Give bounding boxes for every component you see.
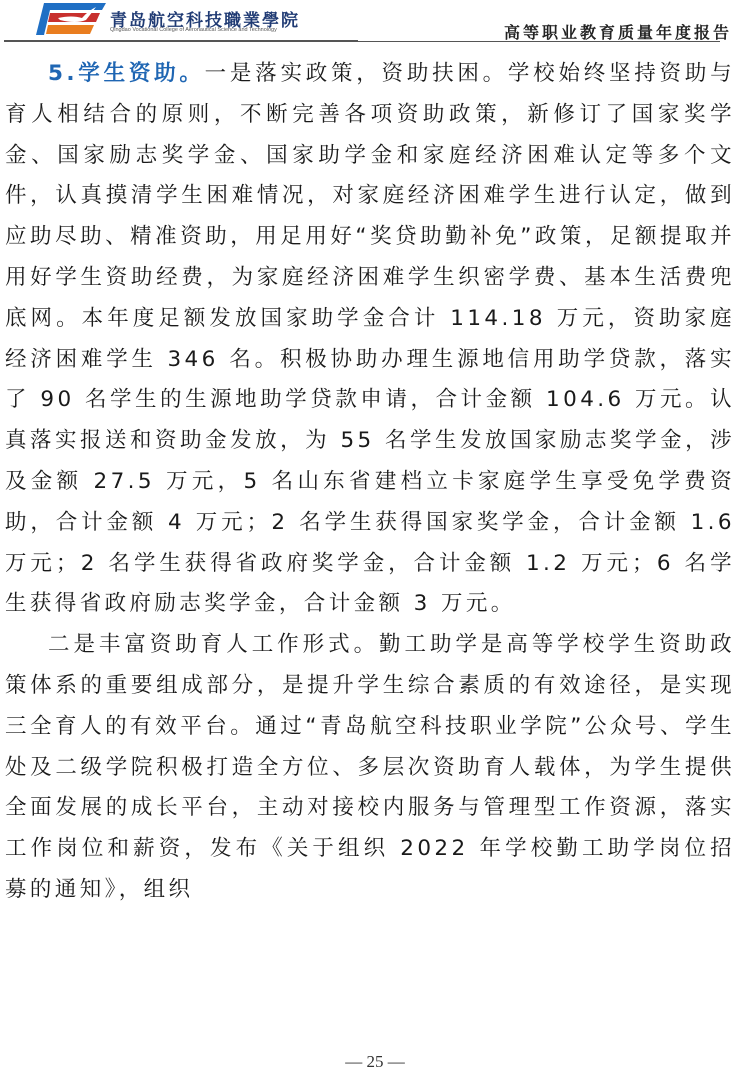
paragraph-student-aid: 5.学生资助。一是落实政策，资助扶困。学校始终坚持资助与育人相结合的原则，不断完…: [5, 54, 735, 625]
paragraph-work-study: 二是丰富资助育人工作形式。勤工助学是高等学校学生资助政策体系的重要组成部分，是提…: [5, 625, 735, 911]
document-body: 5.学生资助。一是落实政策，资助扶困。学校始终坚持资助与育人相结合的原则，不断完…: [5, 54, 735, 911]
school-name-en: Qingdao Vocational College of Aeronautic…: [110, 27, 277, 33]
header-divider-right: [358, 41, 720, 42]
page-number: — 25 —: [0, 1052, 750, 1072]
section-heading: 5.学生资助。: [48, 61, 205, 86]
page-header: 青岛航空科技職業學院 Qingdao Vocational College of…: [0, 0, 750, 44]
paragraph-1-text: 一是落实政策，资助扶困。学校始终坚持资助与育人相结合的原则，不断完善各项资助政策…: [5, 61, 735, 616]
college-logo-icon: [36, 3, 106, 35]
report-title: 高等职业教育质量年度报告: [504, 20, 732, 43]
header-divider: [4, 40, 358, 42]
paragraph-2-text: 二是丰富资助育人工作形式。勤工助学是高等学校学生资助政策体系的重要组成部分，是提…: [5, 632, 735, 902]
